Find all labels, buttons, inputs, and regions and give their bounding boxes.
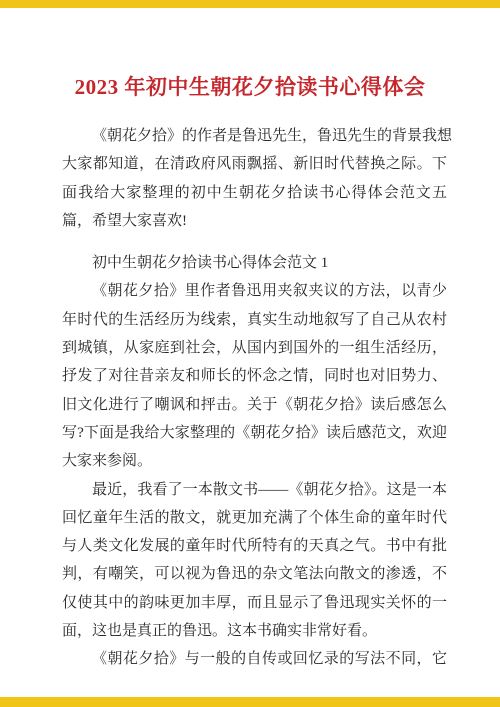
paragraph-spacer: [62, 235, 447, 249]
text-line: 《朝花夕拾》的作者是鲁迅先生，鲁迅先生的背景我想: [62, 122, 447, 150]
text-line: 抒发了对往昔亲友和师长的怀念之情，同时也对旧势力、: [62, 362, 447, 390]
text-line: 篇，希望大家喜欢!: [62, 207, 447, 235]
paragraph: 《朝花夕拾》的作者是鲁迅先生，鲁迅先生的背景我想大家都知道，在清政府风雨飘摇、新…: [62, 122, 447, 235]
bottom-accent-bar: [0, 697, 500, 707]
text-line: 大家来参阅。: [62, 447, 447, 475]
text-line: 判，有嘲笑，可以视为鲁迅的杂文笔法向散文的渗透，不: [62, 560, 447, 588]
paragraph: 最近，我看了一本散文书——《朝花夕拾》。这是一本回忆童年生活的散文，就更加充满了…: [62, 476, 447, 646]
document-title: 2023 年初中生朝花夕拾读书心得体会: [0, 0, 500, 102]
text-line: 仅使其中的韵味更加丰厚，而且显示了鲁迅现实关怀的一: [62, 589, 447, 617]
text-line: 到城镇，从家庭到社会，从国内到国外的一组生活经历，: [62, 334, 447, 362]
text-line: 《朝花夕拾》里作者鲁迅用夹叙夹议的方法，以青少: [62, 277, 447, 305]
text-line: 面，这也是真正的鲁迅。这本书确实非常好看。: [62, 617, 447, 645]
text-line: 《朝花夕拾》与一般的自传或回忆录的写法不同，它: [62, 645, 447, 673]
text-line: 旧文化进行了嘲讽和抨击。关于《朝花夕拾》读后感怎么: [62, 391, 447, 419]
text-line: 大家都知道，在清政府风雨飘摇、新旧时代替换之际。下: [62, 150, 447, 178]
document-page: 2023 年初中生朝花夕拾读书心得体会 《朝花夕拾》的作者是鲁迅先生，鲁迅先生的…: [0, 0, 500, 707]
text-line: 年时代的生活经历为线索，真实生动地叙写了自己从农村: [62, 306, 447, 334]
paragraph: 《朝花夕拾》里作者鲁迅用夹叙夹议的方法，以青少年时代的生活经历为线索，真实生动地…: [62, 277, 447, 475]
text-line: 初中生朝花夕拾读书心得体会范文 1: [62, 249, 447, 277]
text-line: 与人类文化发展的童年时代所特有的天真之气。书中有批: [62, 532, 447, 560]
top-accent-bar: [0, 0, 500, 8]
paragraph: 《朝花夕拾》与一般的自传或回忆录的写法不同，它: [62, 645, 447, 673]
text-line: 最近，我看了一本散文书——《朝花夕拾》。这是一本: [62, 476, 447, 504]
text-line: 面我给大家整理的初中生朝花夕拾读书心得体会范文五: [62, 179, 447, 207]
text-line: 写?下面是我给大家整理的《朝花夕拾》读后感范文，欢迎: [62, 419, 447, 447]
text-line: 回忆童年生活的散文，就更加充满了个体生命的童年时代: [62, 504, 447, 532]
section-heading: 初中生朝花夕拾读书心得体会范文 1: [62, 249, 447, 277]
document-body: 《朝花夕拾》的作者是鲁迅先生，鲁迅先生的背景我想大家都知道，在清政府风雨飘摇、新…: [62, 122, 447, 674]
